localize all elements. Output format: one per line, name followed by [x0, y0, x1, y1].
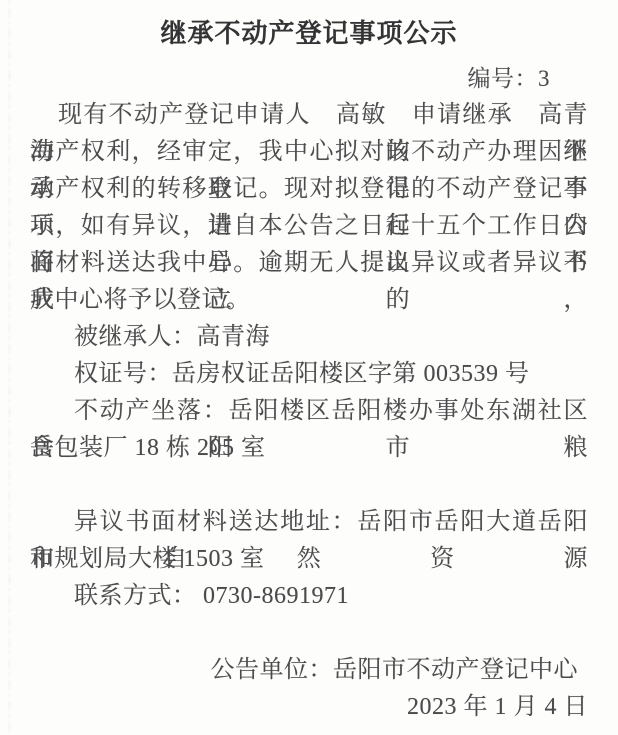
- footer-date: 2023 年 1 月 4 日: [30, 689, 588, 726]
- detail-certificate-number: 权证号：岳房权证岳阳楼区字第 003539 号: [30, 356, 588, 393]
- blank-line: [30, 467, 588, 504]
- contact-phone: 联系方式： 0730-8691971: [30, 578, 588, 615]
- notice-document: 继承不动产登记事项公示 编号：3 现有不动产登记申请人 高敏 申请继承 高青海 …: [0, 0, 618, 735]
- paragraph-line-4: 示，如有异议，请自本公告之日起十五个工作日内将异议书: [30, 208, 588, 245]
- detail-decedent: 被继承人：高青海: [30, 319, 588, 356]
- paragraph-line-2: 动产权利，经审定，我中心拟对该不动产办理因继承取得不: [30, 134, 588, 171]
- footer-issuer: 公告单位：岳阳市不动产登记中心: [30, 652, 588, 689]
- paragraph-line-3: 动产权利的转移登记。现对拟登记的不动产登记事项进行公: [30, 171, 588, 208]
- detail-property-location: 不动产坐落：岳阳楼区岳阳楼办事处东湖社区岳阳市粮: [30, 393, 588, 430]
- paragraph-line-1: 现有不动产登记申请人 高敏 申请继承 高青海 的不: [30, 97, 588, 134]
- page-title: 继承不动产登记事项公示: [30, 12, 588, 60]
- objection-delivery-address: 异议书面材料送达地址：岳阳市岳阳大道岳阳市自然资源: [30, 504, 588, 541]
- paragraph-line-5: 面材料送达我中心。逾期无人提出异议或者异议不成立的，: [30, 245, 588, 282]
- blank-line: [30, 615, 588, 652]
- notice-number: 编号：3: [30, 60, 588, 97]
